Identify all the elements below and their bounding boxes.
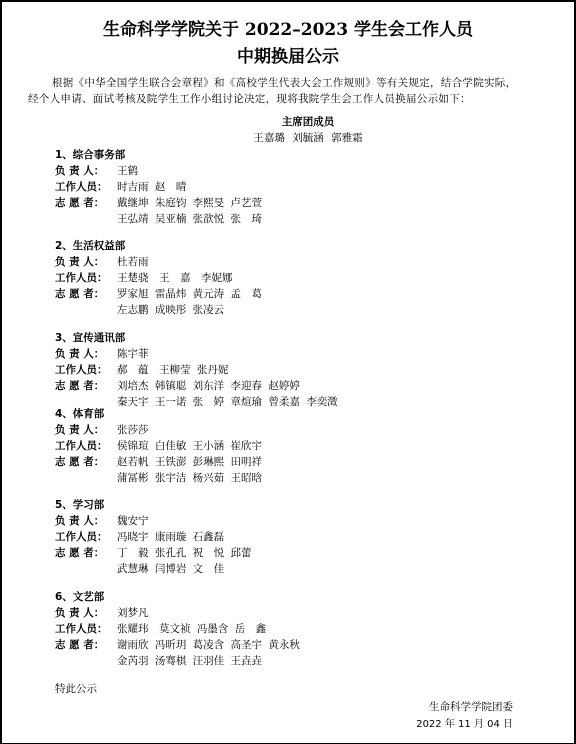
volunteers-row: 志 愿 者： 罗家旭 雷晶炜 黄元涛 孟 葛 [55, 286, 535, 302]
volunteers-label: 志 愿 者： [55, 378, 117, 394]
staff-value: 郝 蕴 王柳莹 张丹妮 [117, 362, 228, 378]
staff-value: 冯晓宇 康雨璇 石鑫磊 [117, 529, 224, 545]
leader-value: 刘梦凡 [117, 605, 149, 621]
staff-row: 工作人员： 时吉雨 赵 晴 [55, 179, 535, 195]
volunteers-row-continued: 金芮羽 汤骞棋 汪羽佳 王垚垚 [55, 653, 535, 669]
presidium-names: 王嘉璐 刘毓涵 郭雅霜 [2, 131, 574, 145]
staff-label: 工作人员： [55, 179, 117, 195]
staff-label: 工作人员： [55, 270, 117, 286]
staff-label: 工作人员： [55, 529, 117, 545]
volunteers-value: 戴继坤 朱庭钧 李熙旻 卢艺萱 [117, 195, 262, 211]
staff-value: 时吉雨 赵 晴 [117, 179, 186, 195]
leader-row: 负 责 人： 刘梦凡 [55, 605, 535, 621]
volunteers-value: 蒲冨彬 张宇洁 杨兴茹 王昭晗 [117, 470, 262, 486]
leader-label: 负 责 人： [55, 346, 117, 362]
volunteers-row: 志 愿 者： 丁 毅 张孔孔 祝 悦 邱蕾 [55, 545, 535, 561]
staff-row: 工作人员： 侯锦瑄 白佳敏 王小涵 崔欣宇 [55, 438, 535, 454]
staff-row: 工作人员： 张耀玮 莫文祯 冯墨含 岳 鑫 [55, 621, 535, 637]
staff-value: 侯锦瑄 白佳敏 王小涵 崔欣宇 [117, 438, 262, 454]
volunteers-row: 志 愿 者： 谢雨欣 冯昕玥 葛凌含 高圣宇 黄永秋 [55, 637, 535, 653]
volunteers-row: 志 愿 者： 戴继坤 朱庭钧 李熙旻 卢艺萱 [55, 195, 535, 211]
volunteers-value: 金芮羽 汤骞棋 汪羽佳 王垚垚 [117, 653, 262, 669]
leader-row: 负 责 人： 陈宇菲 [55, 346, 535, 362]
staff-label: 工作人员： [55, 438, 117, 454]
department-heading: 5、学习部 [55, 497, 535, 513]
leader-value: 杜若雨 [117, 254, 149, 270]
volunteers-row-continued: 武慧琳 闫博岩 文 佳 [55, 561, 535, 577]
volunteers-label: 志 愿 者： [55, 637, 117, 653]
staff-row: 工作人员： 郝 蕴 王柳莹 张丹妮 [55, 362, 535, 378]
leader-value: 陈宇菲 [117, 346, 149, 362]
leader-value: 张莎莎 [117, 422, 149, 438]
leader-row: 负 责 人： 杜若雨 [55, 254, 535, 270]
intro-paragraph: 根据《中华全国学生联合会章程》和《高校学生代表大会工作规则》等有关规定，结合学院… [28, 75, 558, 107]
department-heading: 1、综合事务部 [55, 147, 535, 163]
volunteers-value: 丁 毅 张孔孔 祝 悦 邱蕾 [117, 545, 252, 561]
intro-line-1: 根据《中华全国学生联合会章程》和《高校学生代表大会工作规则》等有关规定，结合学院… [28, 75, 558, 91]
leader-row: 负 责 人： 魏安宁 [55, 513, 535, 529]
intro-line-2: 经个人申请、面试考核及院学生工作小组讨论决定，现将我院学生会工作人员换届公示如下… [28, 91, 558, 107]
signature-date: 2022 年 11 月 04 日 [416, 718, 513, 732]
department-life-rights: 2、生活权益部 负 责 人： 杜若雨 工作人员： 王楚骁 王 嘉 李妮娜 志 愿… [55, 238, 535, 318]
closing-text: 特此公示 [55, 682, 97, 696]
volunteers-label: 志 愿 者： [55, 195, 117, 211]
volunteers-row: 志 愿 者： 刘培杰 韩镇聪 刘东洋 李迎春 赵婷婷 [55, 378, 535, 394]
department-publicity: 3、宣传通讯部 负 责 人： 陈宇菲 工作人员： 郝 蕴 王柳莹 张丹妮 志 愿… [55, 330, 535, 410]
signature-organization: 生命科学学院团委 [429, 700, 513, 714]
leader-label: 负 责 人： [55, 254, 117, 270]
volunteers-value: 罗家旭 雷晶炜 黄元涛 孟 葛 [117, 286, 262, 302]
volunteers-label: 志 愿 者： [55, 454, 117, 470]
staff-label: 工作人员： [55, 621, 117, 637]
volunteers-value: 谢雨欣 冯昕玥 葛凌含 高圣宇 黄永秋 [117, 637, 300, 653]
staff-value: 张耀玮 莫文祯 冯墨含 岳 鑫 [117, 621, 266, 637]
leader-row: 负 责 人： 张莎莎 [55, 422, 535, 438]
volunteers-value: 武慧琳 闫博岩 文 佳 [117, 561, 224, 577]
leader-label: 负 责 人： [55, 513, 117, 529]
department-arts: 6、文艺部 负 责 人： 刘梦凡 工作人员： 张耀玮 莫文祯 冯墨含 岳 鑫 志… [55, 589, 535, 669]
document-title-line1: 生命科学学院关于 2022–2023 学生会工作人员 [2, 20, 574, 40]
department-sports: 4、体育部 负 责 人： 张莎莎 工作人员： 侯锦瑄 白佳敏 王小涵 崔欣宇 志… [55, 406, 535, 486]
volunteers-value: 左志鹏 成映彤 张凌云 [117, 302, 224, 318]
volunteers-value: 王弘靖 吴亚楠 张歆悦 张 琦 [117, 211, 262, 227]
leader-label: 负 责 人： [55, 605, 117, 621]
volunteers-row-continued: 蒲冨彬 张宇洁 杨兴茹 王昭晗 [55, 470, 535, 486]
staff-value: 王楚骁 王 嘉 李妮娜 [117, 270, 233, 286]
staff-label: 工作人员： [55, 362, 117, 378]
department-heading: 3、宣传通讯部 [55, 330, 535, 346]
leader-value: 王鹤 [117, 163, 138, 179]
document-title-line2: 中期换届公示 [2, 47, 574, 67]
document-page: 生命科学学院关于 2022–2023 学生会工作人员 中期换届公示 根据《中华全… [0, 0, 576, 744]
leader-label: 负 责 人： [55, 163, 117, 179]
staff-row: 工作人员： 王楚骁 王 嘉 李妮娜 [55, 270, 535, 286]
volunteers-label: 志 愿 者： [55, 545, 117, 561]
presidium-title: 主席团成员 [2, 115, 574, 129]
department-study: 5、学习部 负 责 人： 魏安宁 工作人员： 冯晓宇 康雨璇 石鑫磊 志 愿 者… [55, 497, 535, 577]
staff-row: 工作人员： 冯晓宇 康雨璇 石鑫磊 [55, 529, 535, 545]
volunteers-value: 刘培杰 韩镇聪 刘东洋 李迎春 赵婷婷 [117, 378, 300, 394]
department-heading: 6、文艺部 [55, 589, 535, 605]
department-general-affairs: 1、综合事务部 负 责 人： 王鹤 工作人员： 时吉雨 赵 晴 志 愿 者： 戴… [55, 147, 535, 227]
volunteers-row: 志 愿 者： 赵若帆 王铁澎 彭琳熙 田明祥 [55, 454, 535, 470]
volunteers-row-continued: 王弘靖 吴亚楠 张歆悦 张 琦 [55, 211, 535, 227]
leader-value: 魏安宁 [117, 513, 149, 529]
leader-row: 负 责 人： 王鹤 [55, 163, 535, 179]
volunteers-value: 赵若帆 王铁澎 彭琳熙 田明祥 [117, 454, 262, 470]
volunteers-label: 志 愿 者： [55, 286, 117, 302]
department-heading: 4、体育部 [55, 406, 535, 422]
department-heading: 2、生活权益部 [55, 238, 535, 254]
leader-label: 负 责 人： [55, 422, 117, 438]
volunteers-row-continued: 左志鹏 成映彤 张凌云 [55, 302, 535, 318]
